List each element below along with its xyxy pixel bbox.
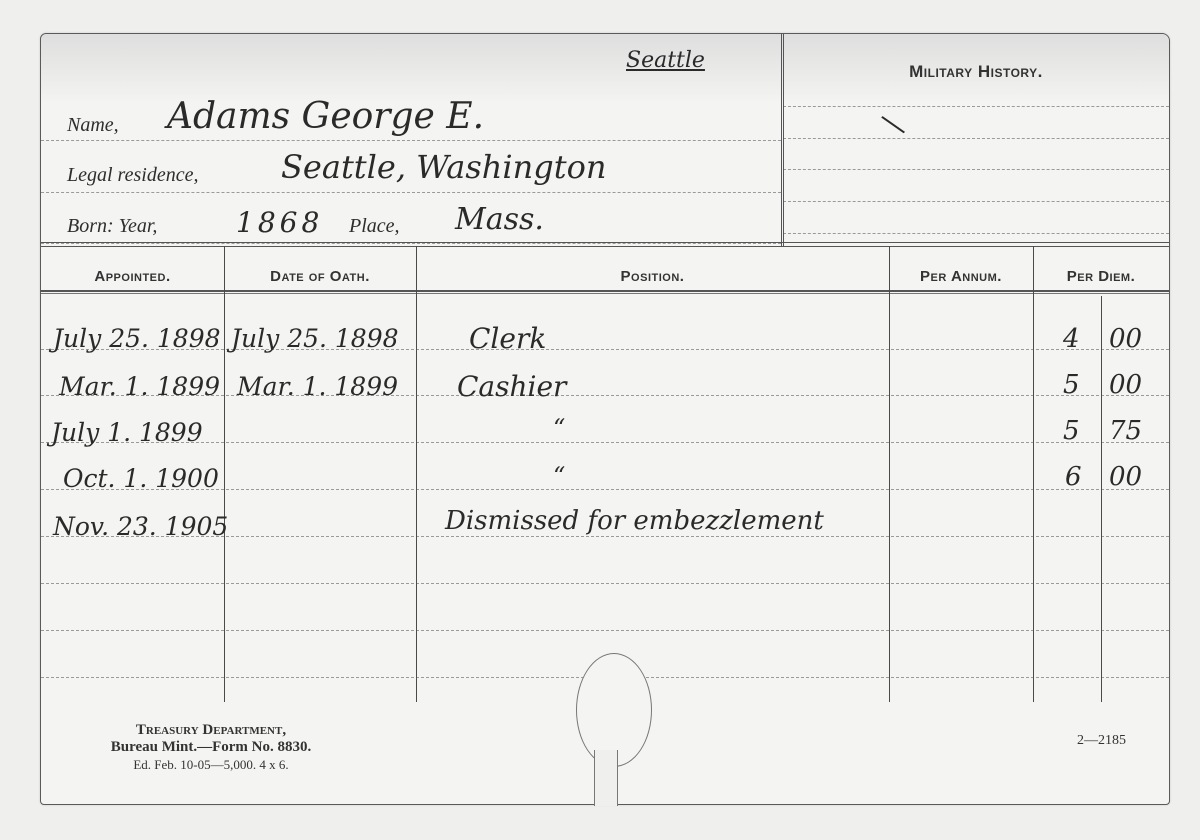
appointed-date: July 1. 1899 (51, 418, 203, 447)
ruled-line (783, 233, 1169, 234)
column-divider (889, 246, 890, 702)
column-header-date-of-oath: Date of Oath. (224, 268, 416, 285)
column-header-rule (41, 290, 1169, 292)
imprint-edition: Ed. Feb. 10-05—5,000. 4 x 6. (61, 756, 361, 773)
born-place-value: Mass. (455, 202, 544, 237)
legal-residence-value: Seattle, Washington (281, 148, 606, 186)
location-annotation: Seattle (626, 48, 705, 73)
ruled-line (41, 192, 781, 193)
oath-date: Mar. 1. 1899 (237, 372, 398, 401)
column-header-per-annum: Per Annum. (889, 268, 1033, 285)
legal-residence-label: Legal residence, (67, 164, 198, 187)
position: Cashier (457, 370, 566, 403)
per-diem-cents: 75 (1109, 416, 1142, 446)
filing-notch-stem (594, 750, 618, 806)
per-diem-cents: 00 (1109, 324, 1142, 354)
born-year-value: 1868 (236, 206, 323, 239)
military-history-title: Military History. (783, 62, 1169, 82)
imprint-form-number: Bureau Mint.—Form No. 8830. (61, 739, 361, 756)
born-place-label: Place, (349, 215, 400, 238)
name-label: Name, (67, 114, 119, 137)
born-year-label: Born: Year, (67, 215, 157, 238)
column-divider (224, 246, 225, 702)
ruled-line (41, 583, 1169, 584)
position: “ (553, 462, 565, 490)
ruled-line (783, 106, 1169, 107)
position: Dismissed for embezzlement (445, 506, 824, 536)
form-imprint: Treasury Department, Bureau Mint.—Form N… (61, 722, 361, 773)
per-diem-cents-divider (1101, 296, 1102, 702)
per-diem-dollars: 5 (1063, 416, 1080, 446)
column-header-position: Position. (416, 268, 889, 285)
column-header-per-diem: Per Diem. (1033, 268, 1169, 285)
ruled-line (41, 630, 1169, 631)
position: “ (553, 414, 565, 442)
per-diem-dollars: 5 (1063, 370, 1080, 400)
military-history-entry: — (872, 101, 917, 147)
ruled-line (783, 201, 1169, 202)
name-value: Adams George E. (167, 96, 484, 137)
per-diem-dollars: 4 (1063, 324, 1080, 354)
column-header-rule (41, 293, 1169, 294)
column-header-appointed: Appointed. (41, 268, 224, 285)
appointed-date: Oct. 1. 1900 (63, 464, 219, 493)
ruled-line (41, 140, 781, 141)
oath-date: July 25. 1898 (231, 324, 399, 353)
per-diem-dollars: 6 (1065, 462, 1082, 492)
ruled-line (783, 169, 1169, 170)
per-diem-cents: 00 (1109, 370, 1142, 400)
ruled-line (783, 138, 1169, 139)
column-divider (416, 246, 417, 702)
appointed-date: Nov. 23. 1905 (53, 512, 228, 541)
position: Clerk (469, 322, 546, 355)
appointed-date: July 25. 1898 (53, 324, 221, 353)
imprint-department: Treasury Department, (61, 722, 361, 739)
form-code: 2—2185 (1077, 732, 1126, 749)
per-diem-cents: 00 (1109, 462, 1142, 492)
column-divider (1033, 246, 1034, 702)
header-double-rule (41, 242, 1169, 247)
ruled-line (41, 442, 1169, 443)
appointed-date: Mar. 1. 1899 (59, 372, 220, 401)
